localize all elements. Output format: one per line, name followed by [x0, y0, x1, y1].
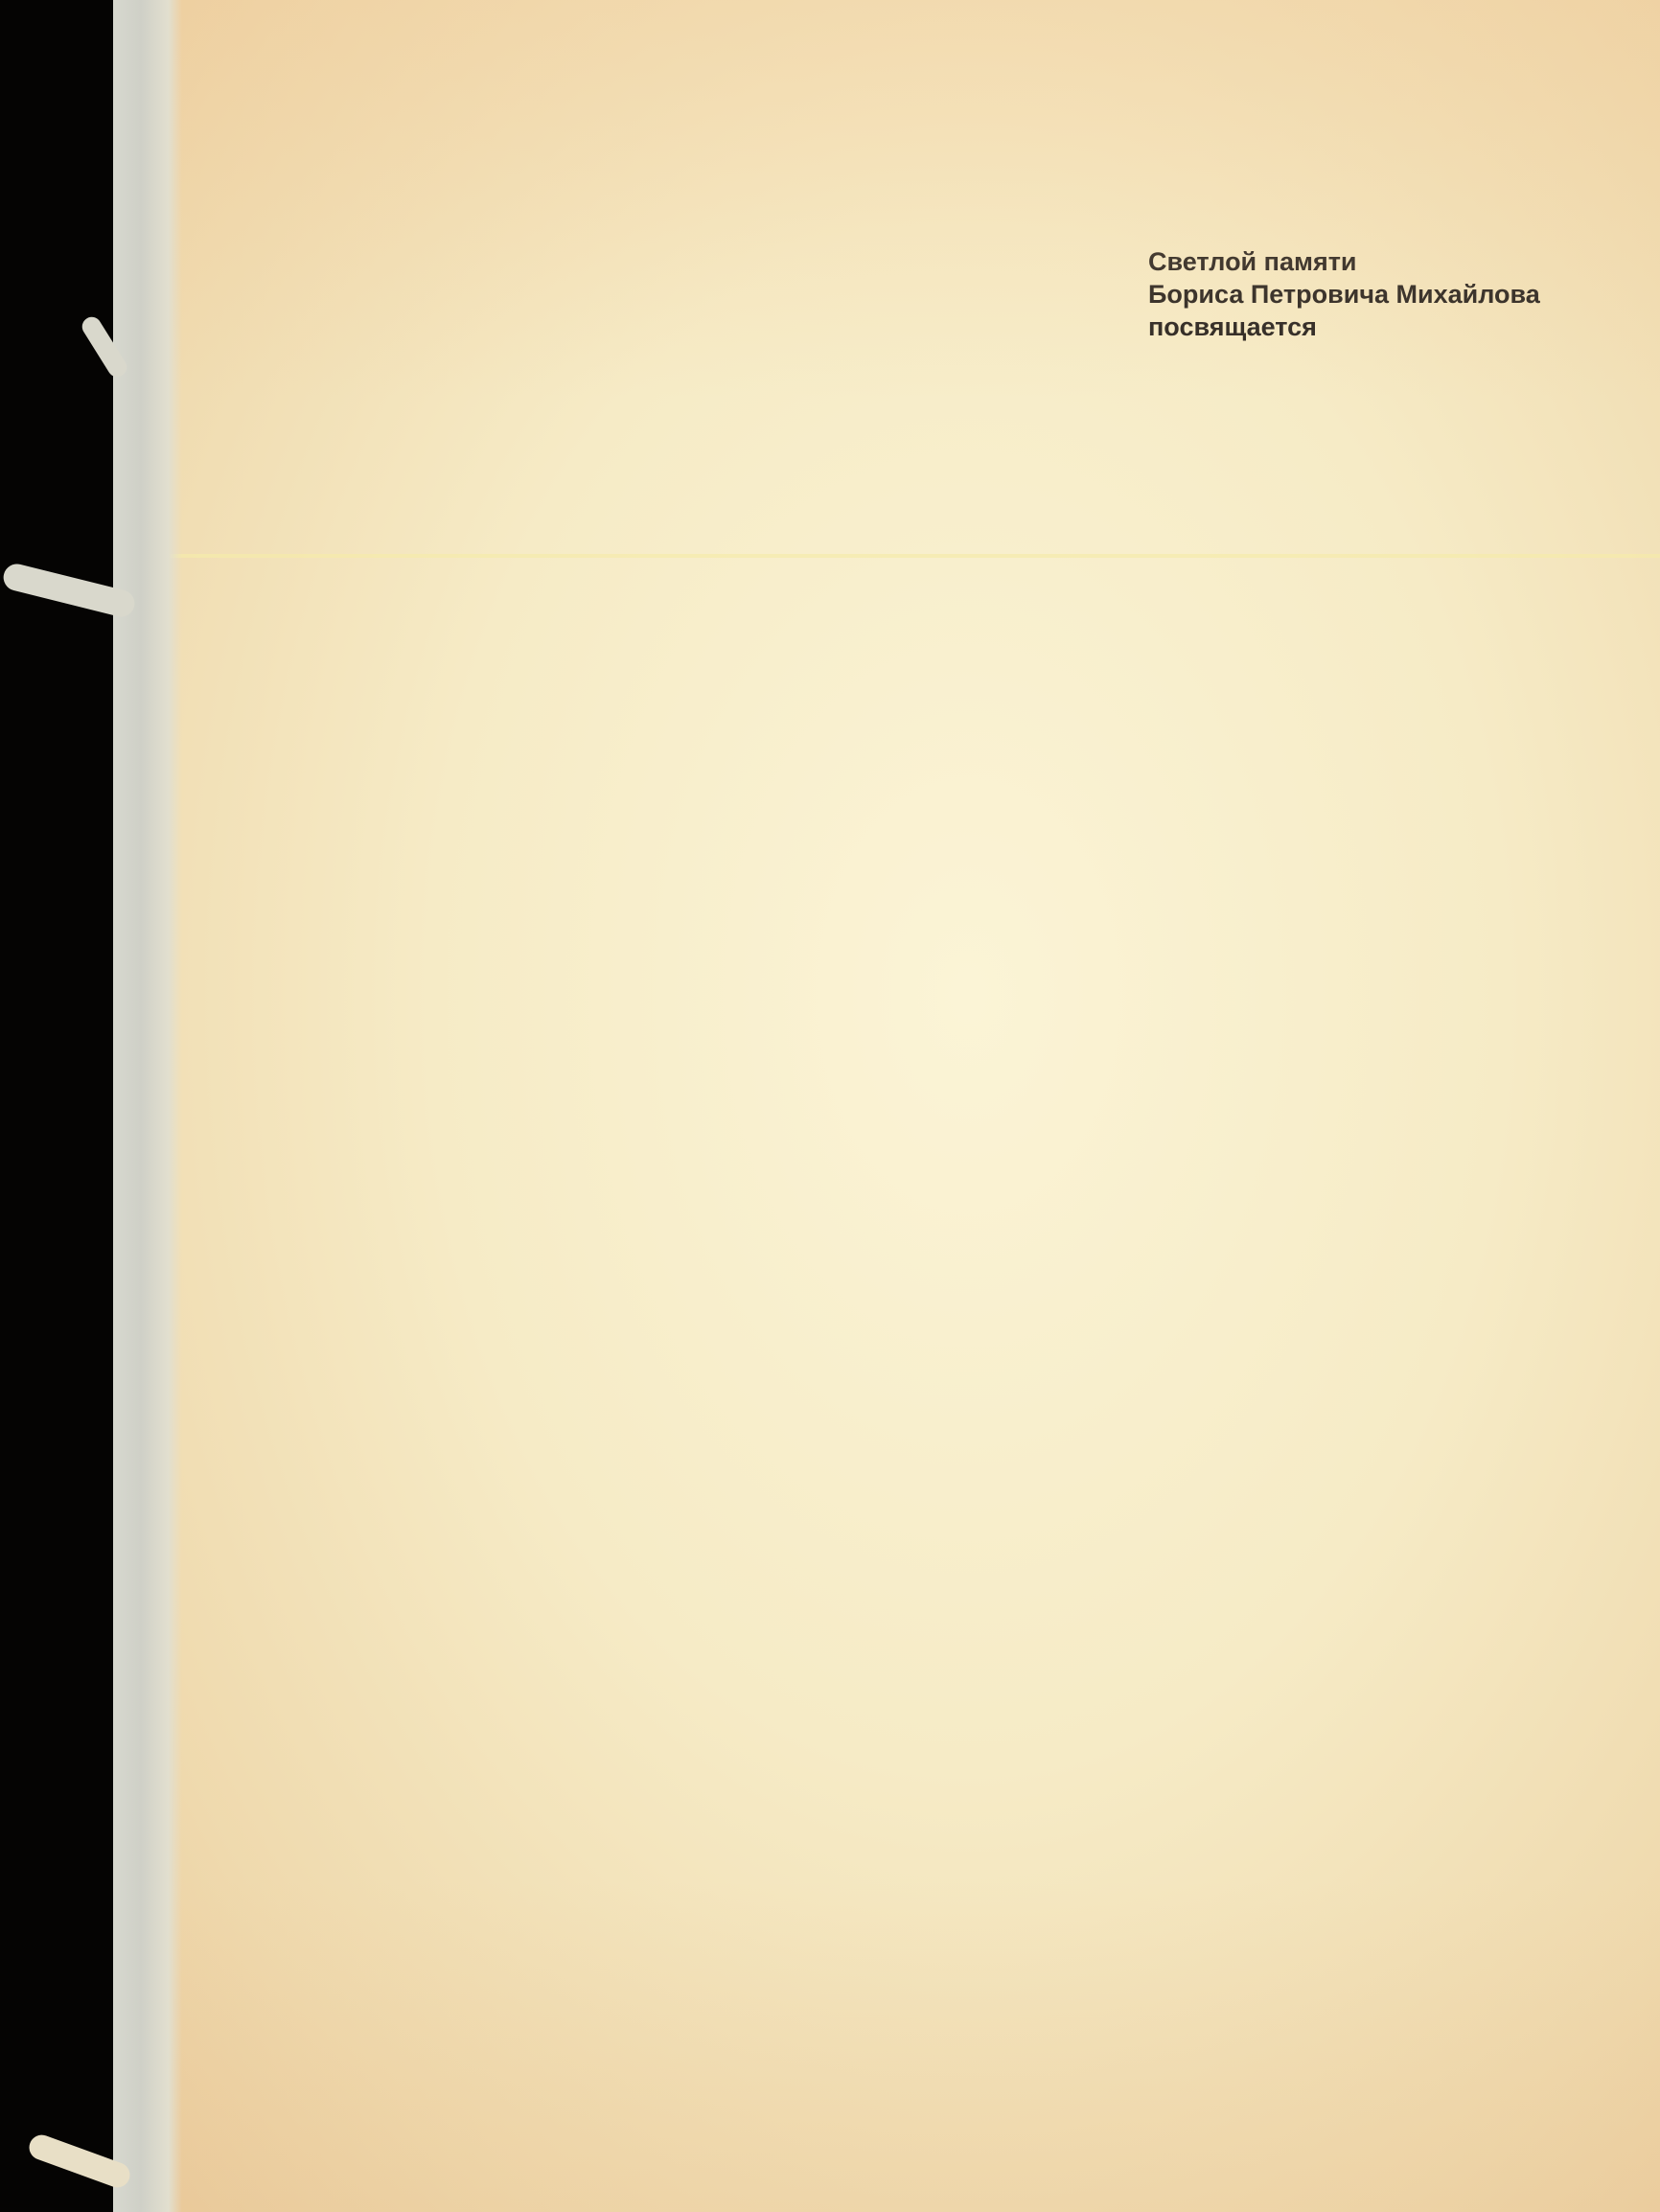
dedication-block: Светлой памяти Бориса Петровича Михайлов…: [1148, 245, 1540, 343]
torn-binding-edge: [113, 0, 182, 2212]
dedication-line-2: Бориса Петровича Михайлова: [1148, 278, 1540, 311]
paper-crease: [123, 554, 1660, 558]
dedication-line-1: Светлой памяти: [1148, 245, 1540, 278]
paper-page: Светлой памяти Бориса Петровича Михайлов…: [123, 0, 1660, 2212]
dedication-line-3: посвящается: [1148, 311, 1540, 343]
